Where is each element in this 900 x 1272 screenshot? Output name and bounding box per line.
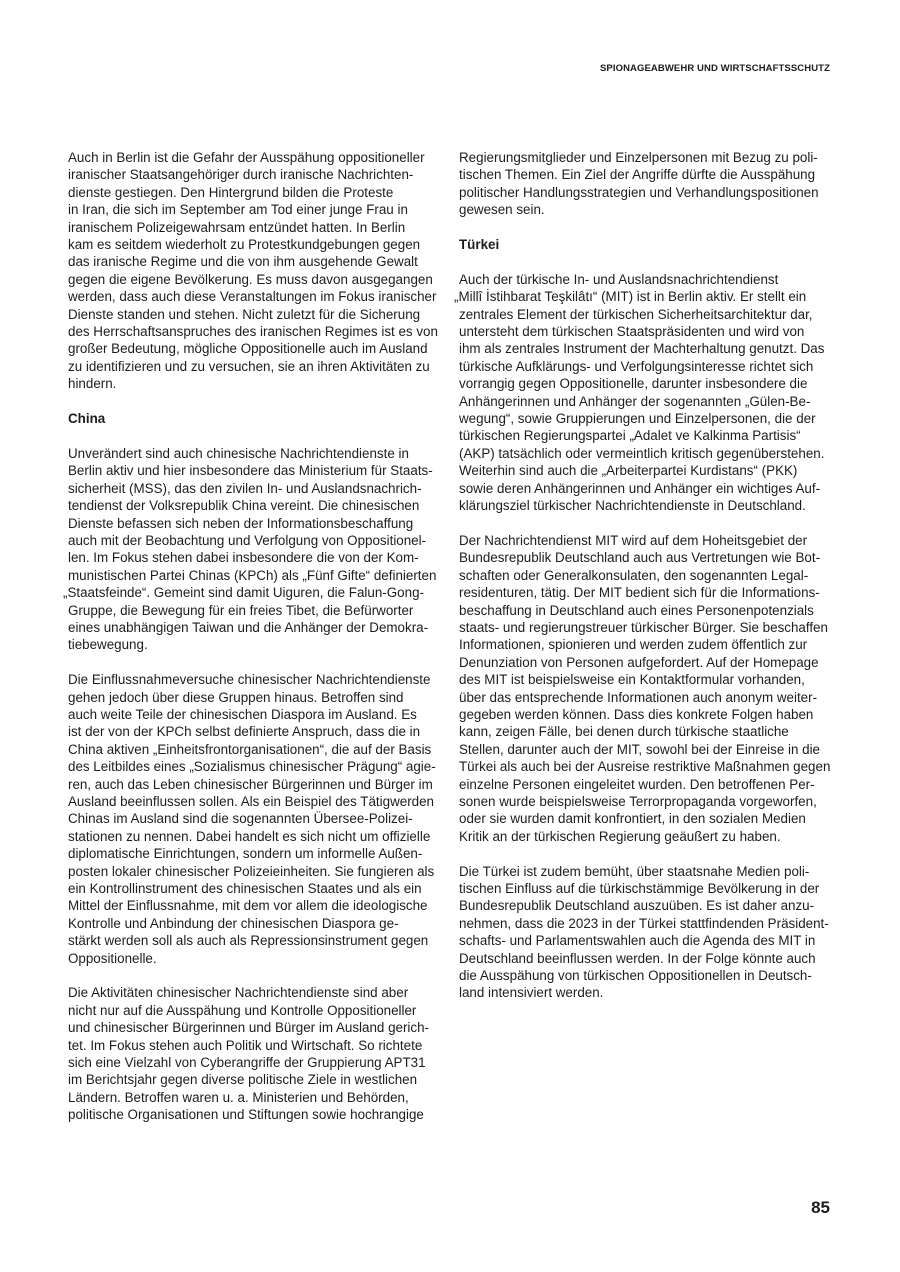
text-line: türkischen Regierungspartei „Adalet ve K…	[459, 427, 831, 444]
text-line: nehmen, dass die 2023 in der Türkei stat…	[459, 915, 831, 932]
text-line: türkische Aufklärungs- und Verfolgungsin…	[459, 358, 831, 375]
paragraph-iran: Auch in Berlin ist die Gefahr der Ausspä…	[68, 149, 440, 393]
text-line: gegeben werden können. Dass dies konkret…	[459, 706, 831, 723]
paragraph-turkey-3: Die Türkei ist zudem bemüht, über staats…	[459, 863, 831, 1002]
text-line: über das entsprechende Informationen auc…	[459, 689, 831, 706]
text-line: Die Einflussnahmeversuche chinesischer N…	[68, 671, 440, 688]
text-line: auch weite Teile der chinesischen Diaspo…	[68, 706, 440, 723]
text-line: Ländern. Betroffen waren u. a. Ministeri…	[68, 1089, 440, 1106]
text-line: tiebewegung.	[68, 636, 440, 653]
text-line: Türkei als auch bei der Ausreise restrik…	[459, 758, 831, 775]
text-line: Oppositionelle.	[68, 950, 440, 967]
paragraph-china-3: Die Aktivitäten chinesischer Nachrichten…	[68, 984, 440, 1123]
text-line: beschaffung in Deutschland auch eines Pe…	[459, 602, 831, 619]
text-line: Chinas im Ausland sind die sogenannten Ü…	[68, 810, 440, 827]
text-line: Denunziation von Personen aufgefordert. …	[459, 654, 831, 671]
text-line: und chinesischer Bürgerinnen und Bürger …	[68, 1019, 440, 1036]
text-line: residenturen, tätig. Der MIT bedient sic…	[459, 584, 831, 601]
text-line: posten lokaler chinesischer Polizeieinhe…	[68, 863, 440, 880]
text-line: wegung“, sowie Gruppierungen und Einzelp…	[459, 410, 831, 427]
text-line: Kontrolle und Anbindung der chinesischen…	[68, 915, 440, 932]
text-line: gehen jedoch über diese Gruppen hinaus. …	[68, 689, 440, 706]
text-line: die Ausspähung von türkischen Opposition…	[459, 967, 831, 984]
text-line: ren, auch das Leben chinesischer Bürgeri…	[68, 776, 440, 793]
text-line: kam es seitdem wiederholt zu Protestkund…	[68, 236, 440, 253]
text-line: im Berichtsjahr gegen diverse politische…	[68, 1071, 440, 1088]
text-line: dienste gestiegen. Den Hintergrund bilde…	[68, 184, 440, 201]
text-line: stationen zu nennen. Dabei handelt es si…	[68, 828, 440, 845]
text-line: hindern.	[68, 375, 440, 392]
text-line: auch mit der Beobachtung und Verfolgung …	[68, 532, 440, 549]
section-heading-china: China	[68, 410, 440, 427]
text-line: des Leitbildes eines „Sozialismus chines…	[68, 758, 440, 775]
text-line: Auch in Berlin ist die Gefahr der Ausspä…	[68, 149, 440, 166]
text-line: des MIT ist beispielsweise ein Kontaktfo…	[459, 671, 831, 688]
text-line: staats- und regierungstreuer türkischer …	[459, 619, 831, 636]
text-line: Bundesrepublik Deutschland auch aus Vert…	[459, 549, 831, 566]
text-line: großer Bedeutung, mögliche Oppositionell…	[68, 340, 440, 357]
left-column: Auch in Berlin ist die Gefahr der Ausspä…	[68, 149, 440, 1141]
paragraph-turkey-1: Auch der türkische In- und Auslandsnachr…	[459, 271, 831, 515]
text-line: werden, dass auch diese Veranstaltungen …	[68, 288, 440, 305]
text-line: sich eine Vielzahl von Cyberangriffe der…	[68, 1054, 440, 1071]
text-line: zu identifizieren und zu versuchen, sie …	[68, 358, 440, 375]
text-line: Anhängerinnen und Anhänger der sogenannt…	[459, 393, 831, 410]
text-line: munistischen Partei Chinas (KPCh) als „F…	[68, 567, 440, 584]
text-line: Berlin aktiv und hier insbesondere das M…	[68, 462, 440, 479]
text-line: nicht nur auf die Ausspähung und Kontrol…	[68, 1002, 440, 1019]
text-line: Unverändert sind auch chinesische Nachri…	[68, 445, 440, 462]
text-line: Informationen, spionieren und werden zud…	[459, 636, 831, 653]
text-line: politische Organisationen und Stiftungen…	[68, 1106, 440, 1123]
text-line: „Millî İstihbarat Teşkilâtı“ (MIT) ist i…	[454, 288, 831, 305]
paragraph-china-1: Unverändert sind auch chinesische Nachri…	[68, 445, 440, 654]
text-line: einzelne Personen eingeleitet wurden. De…	[459, 776, 831, 793]
text-line: in Iran, die sich im September am Tod ei…	[68, 201, 440, 218]
text-line: diplomatische Einrichtungen, sondern um …	[68, 845, 440, 862]
text-line: klärungsziel türkischer Nachrichtendiens…	[459, 497, 831, 514]
text-line: Die Aktivitäten chinesischer Nachrichten…	[68, 984, 440, 1001]
text-line: len. Im Fokus stehen dabei insbesondere …	[68, 549, 440, 566]
text-line: Die Türkei ist zudem bemüht, über staats…	[459, 863, 831, 880]
text-line: iranischem Polizeigewahrsam entzündet ha…	[68, 219, 440, 236]
paragraph-china-continued: Regierungsmitglieder und Einzelpersonen …	[459, 149, 831, 219]
text-line: das iranische Regime und die von ihm aus…	[68, 253, 440, 270]
text-line: des Herrschaftsanspruches des iranischen…	[68, 323, 440, 340]
text-line: Deutschland beeinflussen werden. In der …	[459, 950, 831, 967]
text-line: vorrangig gegen Oppositionelle, darunter…	[459, 375, 831, 392]
text-line: „Staatsfeinde“. Gemeint sind damit Uigur…	[63, 584, 440, 601]
text-line: eines unabhängigen Taiwan und die Anhäng…	[68, 619, 440, 636]
text-line: Dienste standen und stehen. Nicht zuletz…	[68, 306, 440, 323]
text-line: Gruppe, die Bewegung für ein freies Tibe…	[68, 602, 440, 619]
text-line: kann, zeigen Fälle, bei denen durch türk…	[459, 723, 831, 740]
text-line: Dienste befassen sich neben der Informat…	[68, 515, 440, 532]
text-line: iranischer Staatsangehöriger durch irani…	[68, 166, 440, 183]
right-column: Regierungsmitglieder und Einzelpersonen …	[459, 149, 831, 1019]
text-line: Kritik an der türkischen Regierung geäuß…	[459, 828, 831, 845]
text-line: gegen die eigene Bevölkerung. Es muss da…	[68, 271, 440, 288]
text-line: Ausland beeinflussen sollen. Als ein Bei…	[68, 793, 440, 810]
text-line: politischer Handlungsstrategien und Verh…	[459, 184, 831, 201]
text-line: Der Nachrichtendienst MIT wird auf dem H…	[459, 532, 831, 549]
text-line: ein Kontrollinstrument des chinesischen …	[68, 880, 440, 897]
text-line: land intensiviert werden.	[459, 984, 831, 1001]
text-line: Weiterhin sind auch die „Arbeiterpartei …	[459, 462, 831, 479]
running-header-title: SPIONAGEABWEHR UND WIRTSCHAFTSSCHUTZ	[600, 63, 830, 74]
text-line: zentrales Element der türkischen Sicherh…	[459, 306, 831, 323]
text-line: Stellen, darunter auch der MIT, sowohl b…	[459, 741, 831, 758]
text-line: (AKP) tatsächlich oder vermeintlich krit…	[459, 445, 831, 462]
text-line: sicherheit (MSS), das den zivilen In- un…	[68, 480, 440, 497]
paragraph-china-2: Die Einflussnahmeversuche chinesischer N…	[68, 671, 440, 967]
text-line: tendienst der Volksrepublik China verein…	[68, 497, 440, 514]
paragraph-turkey-2: Der Nachrichtendienst MIT wird auf dem H…	[459, 532, 831, 845]
text-line: gewesen sein.	[459, 201, 831, 218]
text-line: oder sie wurden damit konfrontiert, in d…	[459, 810, 831, 827]
text-line: Bundesrepublik Deutschland auszuüben. Es…	[459, 897, 831, 914]
text-line: China aktiven „Einheitsfrontorganisation…	[68, 741, 440, 758]
text-line: ihm als zentrales Instrument der Machter…	[459, 340, 831, 357]
text-line: Auch der türkische In- und Auslandsnachr…	[459, 271, 831, 288]
text-line: tet. Im Fokus stehen auch Politik und Wi…	[68, 1037, 440, 1054]
text-line: tischen Einfluss auf die türkischstämmig…	[459, 880, 831, 897]
text-line: tischen Themen. Ein Ziel der Angriffe dü…	[459, 166, 831, 183]
text-line: Regierungsmitglieder und Einzelpersonen …	[459, 149, 831, 166]
text-line: stärkt werden soll als auch als Repressi…	[68, 932, 440, 949]
text-line: Mittel der Einflussnahme, mit dem vor al…	[68, 897, 440, 914]
text-line: sonen wurde beispielsweise Terrorpropaga…	[459, 793, 831, 810]
text-line: untersteht dem türkischen Staatspräsiden…	[459, 323, 831, 340]
text-line: schaften oder Generalkonsulaten, den sog…	[459, 567, 831, 584]
text-line: sowie deren Anhängerinnen und Anhänger e…	[459, 480, 831, 497]
text-line: ist der von der KPCh selbst definierte A…	[68, 723, 440, 740]
text-line: schafts- und Parlamentswahlen auch die A…	[459, 932, 831, 949]
section-heading-turkey: Türkei	[459, 236, 831, 253]
page-number: 85	[811, 1198, 830, 1218]
